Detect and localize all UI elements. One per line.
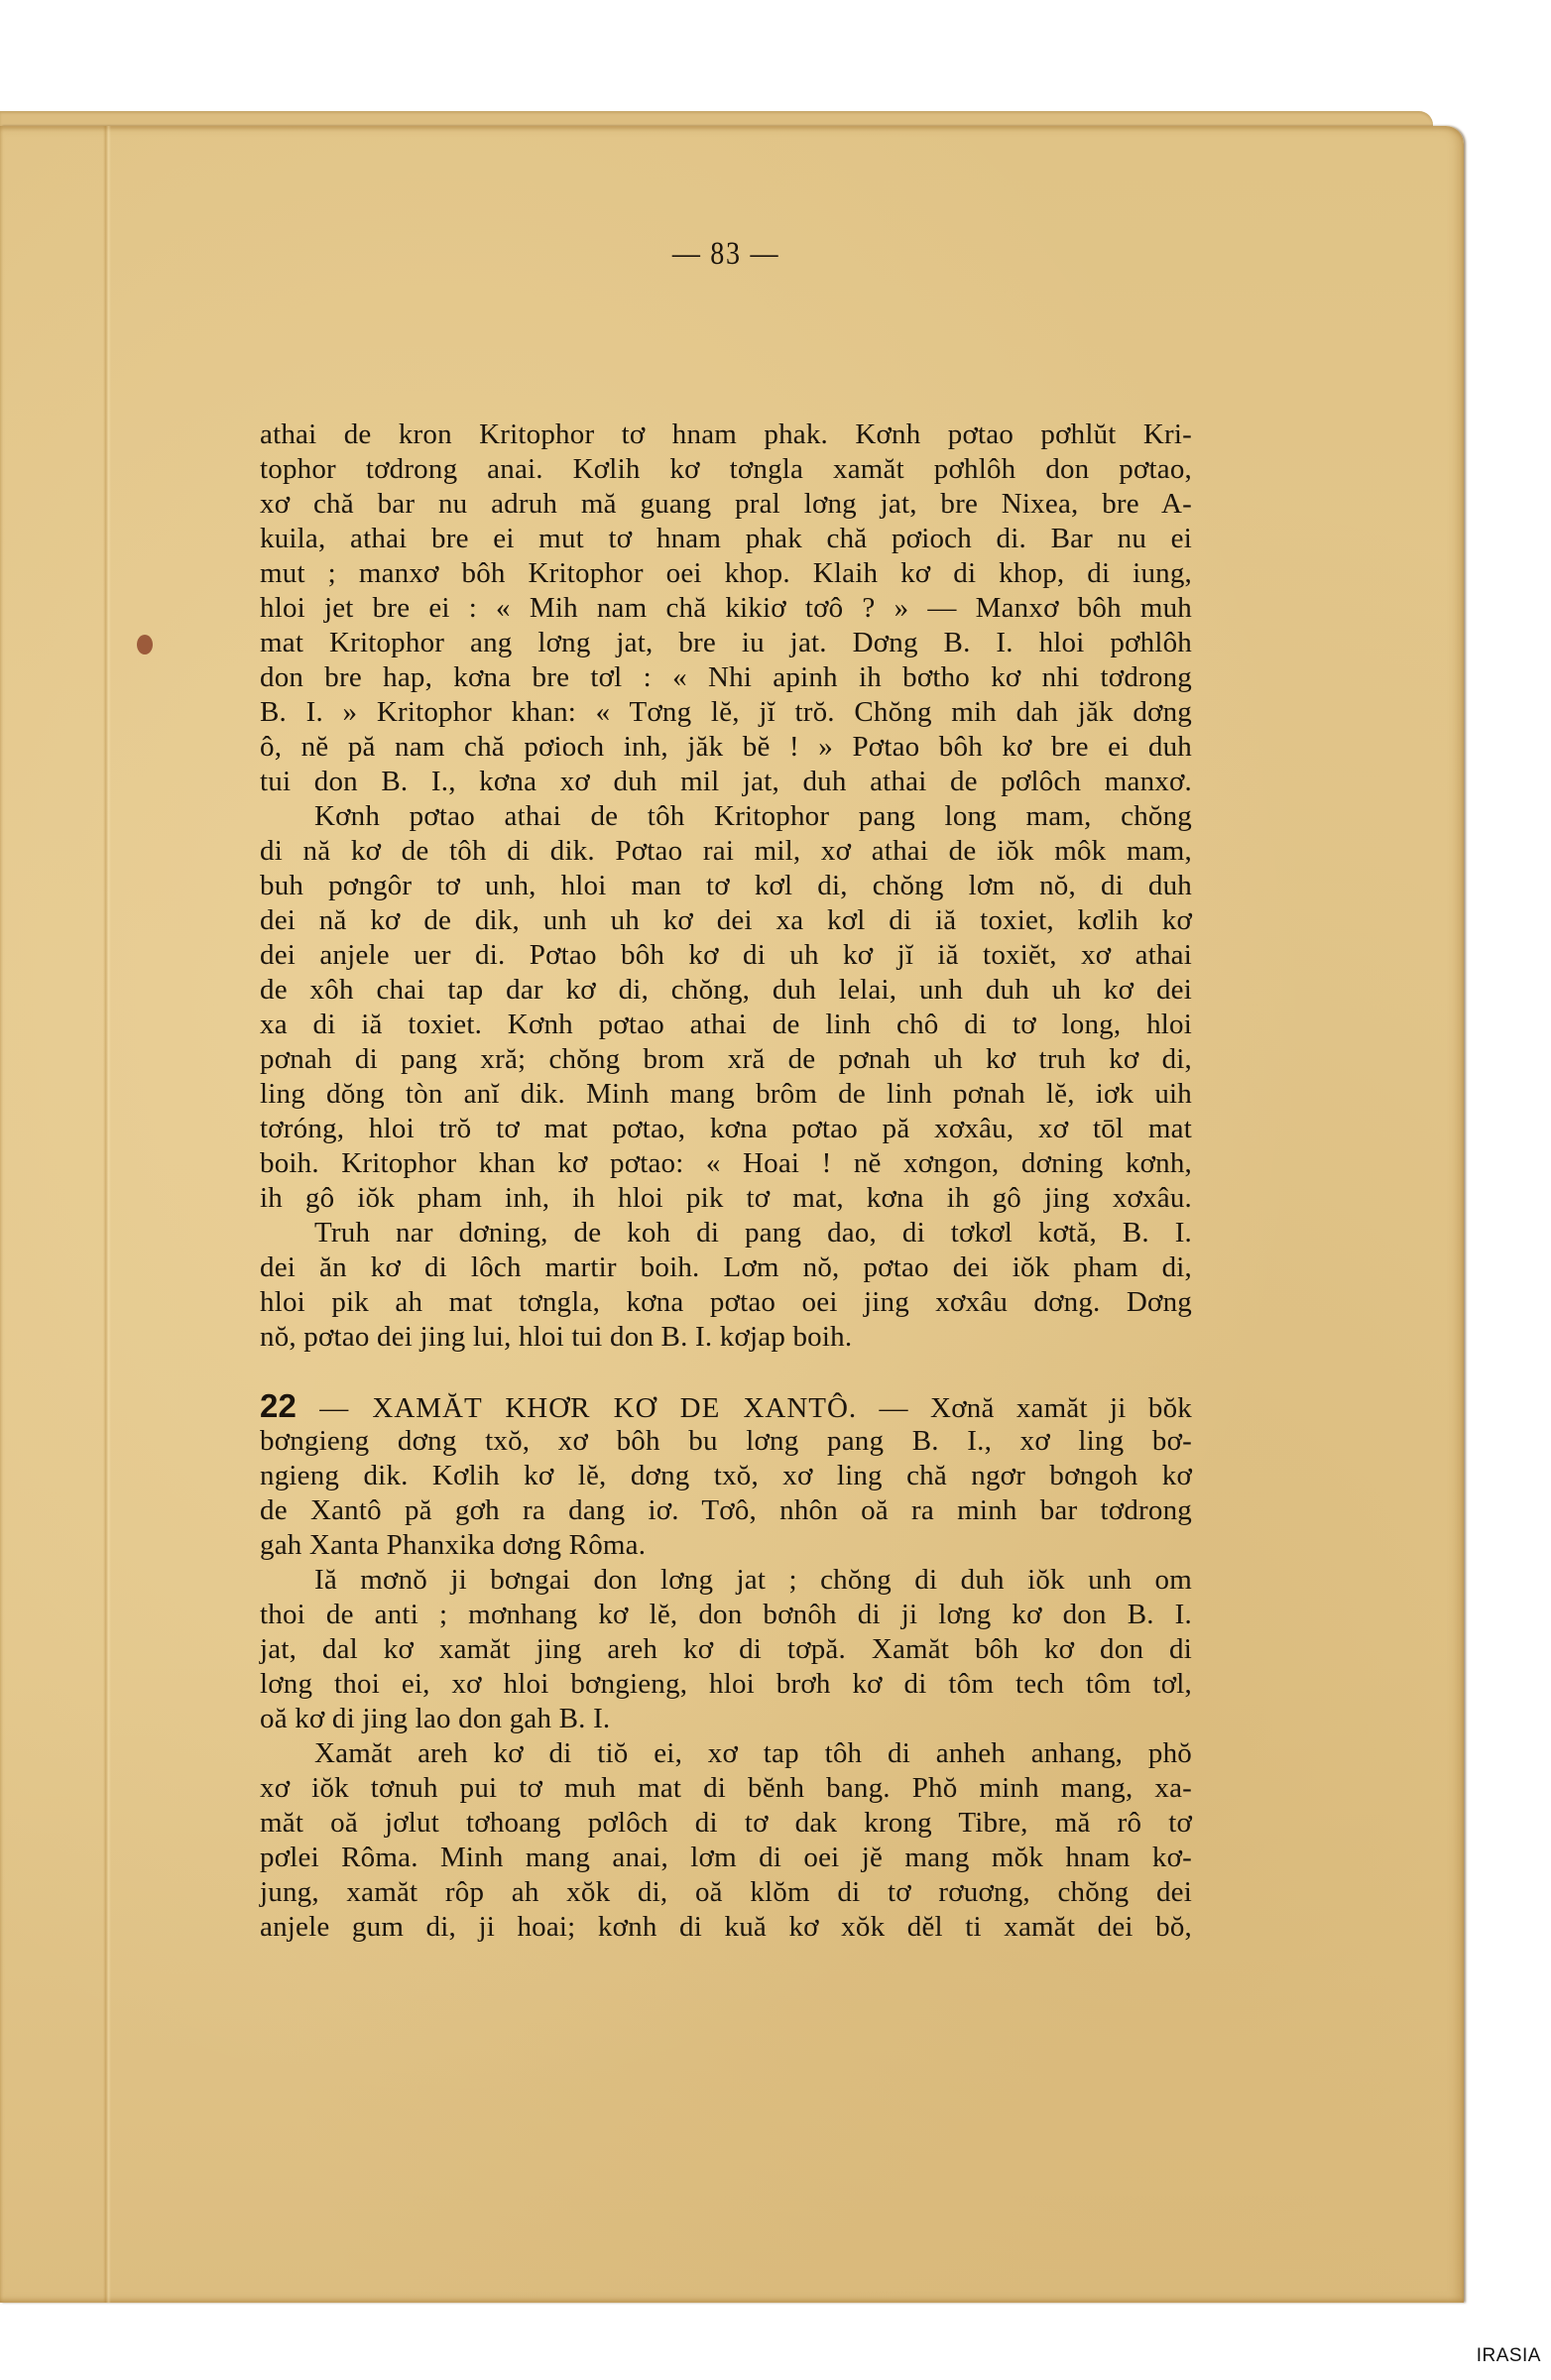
text-line: bơngieng dơng txŏ, xơ bôh bu lơng pang B… — [260, 1423, 1192, 1459]
text-line: nŏ, pơtao dei jing lui, hloi tui don B. … — [260, 1319, 1192, 1355]
text-line: Xamăt areh kơ di tiŏ ei, xơ tap tôh di a… — [260, 1735, 1192, 1771]
text-line: B. I. » Kritophor khan: « Tơng lĕ, jĭ tr… — [260, 694, 1192, 730]
section-title: — XAMĂT KHƠR KƠ DE XANTÔ. — [297, 1392, 857, 1424]
text-line: hloi pik ah mat tơngla, kơna pơtao oei j… — [260, 1284, 1192, 1320]
text-line: pơnah di pang xră; chŏng brom xră de pơn… — [260, 1041, 1192, 1077]
text-line: gah Xanta Phanxika dơng Rôma. — [260, 1527, 1192, 1563]
text-line: thoi de anti ; mơnhang kơ lĕ, don bơnôh … — [260, 1597, 1192, 1632]
text-line: oă kơ di jing lao don gah B. I. — [260, 1701, 1192, 1736]
text-line: boih. Kritophor khan kơ pơtao: « Hoai ! … — [260, 1145, 1192, 1181]
text-line: dei nă kơ de dik, unh uh kơ dei xa kơl d… — [260, 902, 1192, 938]
ink-stain — [137, 635, 153, 654]
text-line: jung, xamăt rôp ah xŏk di, oă klŏm di tơ… — [260, 1874, 1192, 1910]
text-line: xa di iă toxiet. Kơnh pơtao athai de lin… — [260, 1007, 1192, 1042]
text-line: tui don B. I., kơna xơ duh mil jat, duh … — [260, 764, 1192, 799]
text-line: măt oă jơlut tơhoang pơlôch di tơ dak kr… — [260, 1805, 1192, 1841]
text-line: mut ; manxơ bôh Kritophor oei khop. Klai… — [260, 555, 1192, 591]
section-intro-text: — Xơnă xamăt ji bŏk — [857, 1392, 1192, 1424]
section-number: 22 — [260, 1387, 297, 1424]
section-heading-line: 22 — XAMĂT KHƠR KƠ DE XANTÔ. — Xơnă xamă… — [260, 1388, 1192, 1424]
text-line: anjele gum di, ji hoai; kơnh di kuă kơ x… — [260, 1909, 1192, 1945]
text-line: di nă kơ de tôh di dik. Pơtao rai mil, x… — [260, 833, 1192, 869]
text-line: xơ chă bar nu adruh mă guang pral lơng j… — [260, 486, 1192, 522]
text-line: tophor tơdrong anai. Kơlih kơ tơngla xam… — [260, 451, 1192, 487]
text-line: Truh nar dơning, de koh di pang dao, di … — [260, 1215, 1192, 1250]
text-line: don bre hap, kơna bre tơl : « Nhi apinh … — [260, 659, 1192, 695]
text-line: ling dŏng tòn anĭ dik. Minh mang brôm de… — [260, 1076, 1192, 1112]
text-line: Kơnh pơtao athai de tôh Kritophor pang l… — [260, 798, 1192, 834]
text-line: mat Kritophor ang lơng jat, bre iu jat. … — [260, 625, 1192, 660]
text-line: jat, dal kơ xamăt jing areh kơ di tơpă. … — [260, 1631, 1192, 1667]
text-line: dei ăn kơ di lôch martir boih. Lơm nŏ, p… — [260, 1249, 1192, 1285]
text-line: lơng thoi ei, xơ hloi bơngieng, hloi brơ… — [260, 1666, 1192, 1702]
text-line: buh pơngôr tơ unh, hloi man tơ kơl di, c… — [260, 868, 1192, 903]
irasia-watermark: IRASIA — [1477, 2345, 1541, 2367]
page-number: — 83 — — [330, 236, 1123, 273]
text-line: dei anjele uer di. Pơtao bôh kơ di uh kơ… — [260, 937, 1192, 973]
page-fold-crease — [103, 126, 111, 2303]
text-line: athai de kron Kritophor tơ hnam phak. Kơ… — [260, 416, 1192, 452]
text-line: pơlei Rôma. Minh mang anai, lơm di oei j… — [260, 1840, 1192, 1875]
text-line: ô, nĕ pă nam chă pơioch inh, jăk bĕ ! » … — [260, 729, 1192, 765]
text-line: de Xantô pă gơh ra dang iơ. Tơô, nhôn oă… — [260, 1492, 1192, 1528]
text-line: de xôh chai tap dar kơ di, chŏng, duh le… — [260, 972, 1192, 1008]
text-line: tơróng, hloi trŏ tơ mat pơtao, kơna pơta… — [260, 1111, 1192, 1146]
text-line: ih gô iŏk pham inh, ih hloi pik tơ mat, … — [260, 1180, 1192, 1216]
text-line: xơ iŏk tơnuh pui tơ muh mat di bĕnh bang… — [260, 1770, 1192, 1806]
text-line: ngieng dik. Kơlih kơ lĕ, dơng txŏ, xơ li… — [260, 1458, 1192, 1493]
text-line: Iă mơnŏ ji bơngai don lơng jat ; chŏng d… — [260, 1562, 1192, 1598]
text-line: kuila, athai bre ei mut tơ hnam phak chă… — [260, 521, 1192, 556]
text-line: hloi jet bre ei : « Mih nam chă kikiơ tơ… — [260, 590, 1192, 626]
